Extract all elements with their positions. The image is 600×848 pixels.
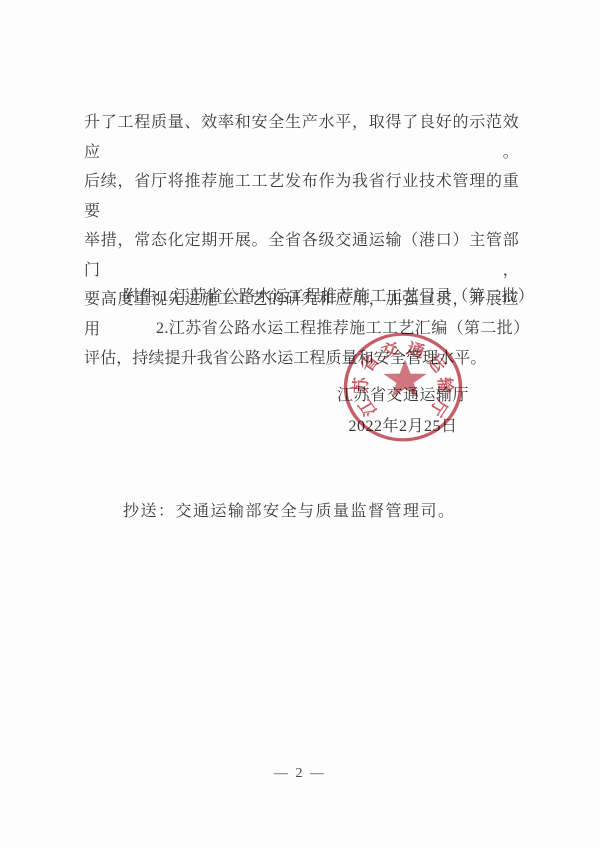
seal-star: [383, 359, 426, 397]
seal-arc-char: 运: [423, 352, 449, 376]
attachments-label: 附件:: [123, 288, 161, 305]
seal-arc-char: 通: [404, 338, 427, 361]
cc-line: 抄送：交通运输部安全与质量监督管理司。: [123, 498, 456, 521]
document-page: 升了工程质量、效率和安全生产水平，取得了良好的示范效应。 后续，省厅将推荐施工工…: [0, 0, 600, 848]
attachment-line-1: 附件:1.江苏省公路水运工程推荐施工工艺目录（第二批）: [123, 281, 534, 313]
paragraph-line-3: 举措，常态化定期开展。全省各级交通运输（港口）主管部门，: [84, 226, 519, 285]
seal-arc-char: 输: [435, 376, 457, 394]
seal-arc-char: 交: [379, 338, 402, 361]
page-number: — 2 —: [0, 766, 600, 782]
paragraph-line-1: 升了工程质量、效率和安全生产水平，取得了良好的示范效应。: [84, 108, 519, 167]
attachments-block: 附件:1.江苏省公路水运工程推荐施工工艺目录（第二批） 2.江苏省公路水运工程推…: [123, 281, 534, 345]
seal-arc-char: 江: [355, 396, 381, 419]
paragraph-line-2: 后续，省厅将推荐施工工艺发布作为我省行业技术管理的重要: [84, 167, 519, 226]
seal-arc-char: 苏: [350, 376, 372, 394]
seal-arc-char: 厅: [425, 395, 452, 419]
attachment-item-1: 1.江苏省公路水运工程推荐施工工艺目录（第二批）: [161, 288, 535, 305]
official-seal: 江苏省交通运输厅: [341, 330, 465, 444]
